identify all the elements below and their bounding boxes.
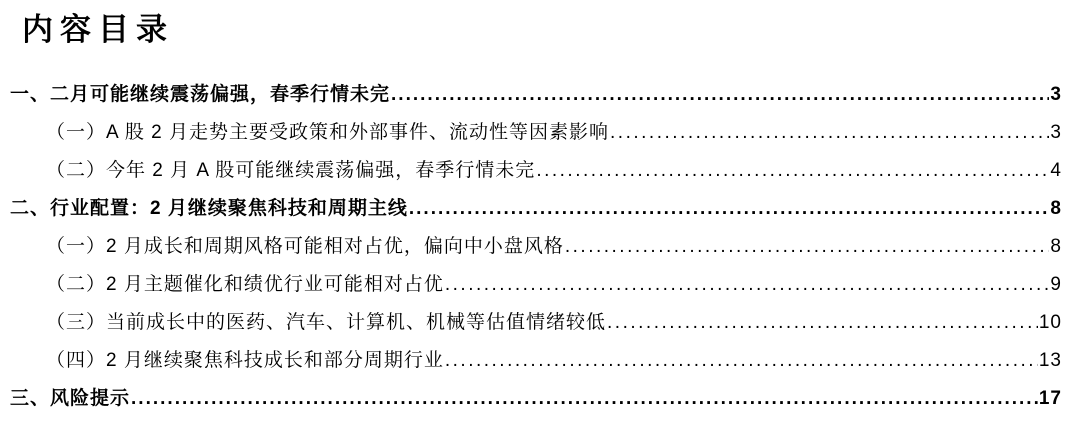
toc-entry-label: （二）今年 2 月 A 股可能继续震荡偏强，春季行情未完 bbox=[46, 152, 535, 190]
document-page: 内容目录 一、二月可能继续震荡偏强，春季行情未完 3 （一）A 股 2 月走势主… bbox=[0, 0, 1080, 434]
page-title: 内容目录 bbox=[22, 10, 1062, 50]
toc-entry[interactable]: （二）今年 2 月 A 股可能继续震荡偏强，春季行情未完 4 bbox=[10, 152, 1062, 190]
dot-leader bbox=[607, 304, 1038, 342]
dot-leader bbox=[610, 114, 1049, 152]
toc-entry-label: （三）当前成长中的医药、汽车、计算机、机械等估值情绪较低 bbox=[46, 304, 606, 342]
dot-leader bbox=[391, 76, 1049, 114]
toc-entry-label: （二）2 月主题催化和绩优行业可能相对占优 bbox=[46, 266, 444, 304]
toc-entry-label: （四）2 月继续聚焦科技成长和部分周期行业 bbox=[46, 342, 444, 380]
toc-entry-label: 三、风险提示 bbox=[10, 380, 130, 418]
dot-leader bbox=[445, 266, 1050, 304]
dot-leader bbox=[565, 228, 1050, 266]
toc-entry[interactable]: （二）2 月主题催化和绩优行业可能相对占优 9 bbox=[10, 266, 1062, 304]
toc-entry[interactable]: （一）A 股 2 月走势主要受政策和外部事件、流动性等因素影响 3 bbox=[10, 114, 1062, 152]
toc-entry-label: 一、二月可能继续震荡偏强，春季行情未完 bbox=[10, 76, 390, 114]
toc-entry-page: 10 bbox=[1039, 304, 1062, 342]
toc-entry-label: 二、行业配置：2 月继续聚焦科技和周期主线 bbox=[10, 190, 408, 228]
toc-entry-page: 17 bbox=[1039, 380, 1062, 418]
toc-entry-page: 8 bbox=[1050, 190, 1062, 228]
toc-entry-label: （一）A 股 2 月走势主要受政策和外部事件、流动性等因素影响 bbox=[46, 114, 609, 152]
toc-list: 一、二月可能继续震荡偏强，春季行情未完 3 （一）A 股 2 月走势主要受政策和… bbox=[10, 76, 1062, 418]
dot-leader bbox=[536, 152, 1049, 190]
toc-entry-page: 8 bbox=[1050, 228, 1062, 266]
dot-leader bbox=[445, 342, 1038, 380]
toc-entry-label: （一）2 月成长和周期风格可能相对占优，偏向中小盘风格 bbox=[46, 228, 564, 266]
toc-entry-page: 4 bbox=[1050, 152, 1062, 190]
toc-entry[interactable]: （四）2 月继续聚焦科技成长和部分周期行业 13 bbox=[10, 342, 1062, 380]
toc-entry[interactable]: （三）当前成长中的医药、汽车、计算机、机械等估值情绪较低 10 bbox=[10, 304, 1062, 342]
toc-entry-page: 3 bbox=[1050, 114, 1062, 152]
toc-entry-page: 9 bbox=[1050, 266, 1062, 304]
toc-entry-page: 13 bbox=[1039, 342, 1062, 380]
toc-entry[interactable]: 二、行业配置：2 月继续聚焦科技和周期主线 8 bbox=[10, 190, 1062, 228]
dot-leader bbox=[131, 380, 1038, 418]
toc-entry[interactable]: 一、二月可能继续震荡偏强，春季行情未完 3 bbox=[10, 76, 1062, 114]
toc-entry[interactable]: （一）2 月成长和周期风格可能相对占优，偏向中小盘风格 8 bbox=[10, 228, 1062, 266]
toc-entry[interactable]: 三、风险提示 17 bbox=[10, 380, 1062, 418]
toc-entry-page: 3 bbox=[1050, 76, 1062, 114]
dot-leader bbox=[409, 190, 1050, 228]
